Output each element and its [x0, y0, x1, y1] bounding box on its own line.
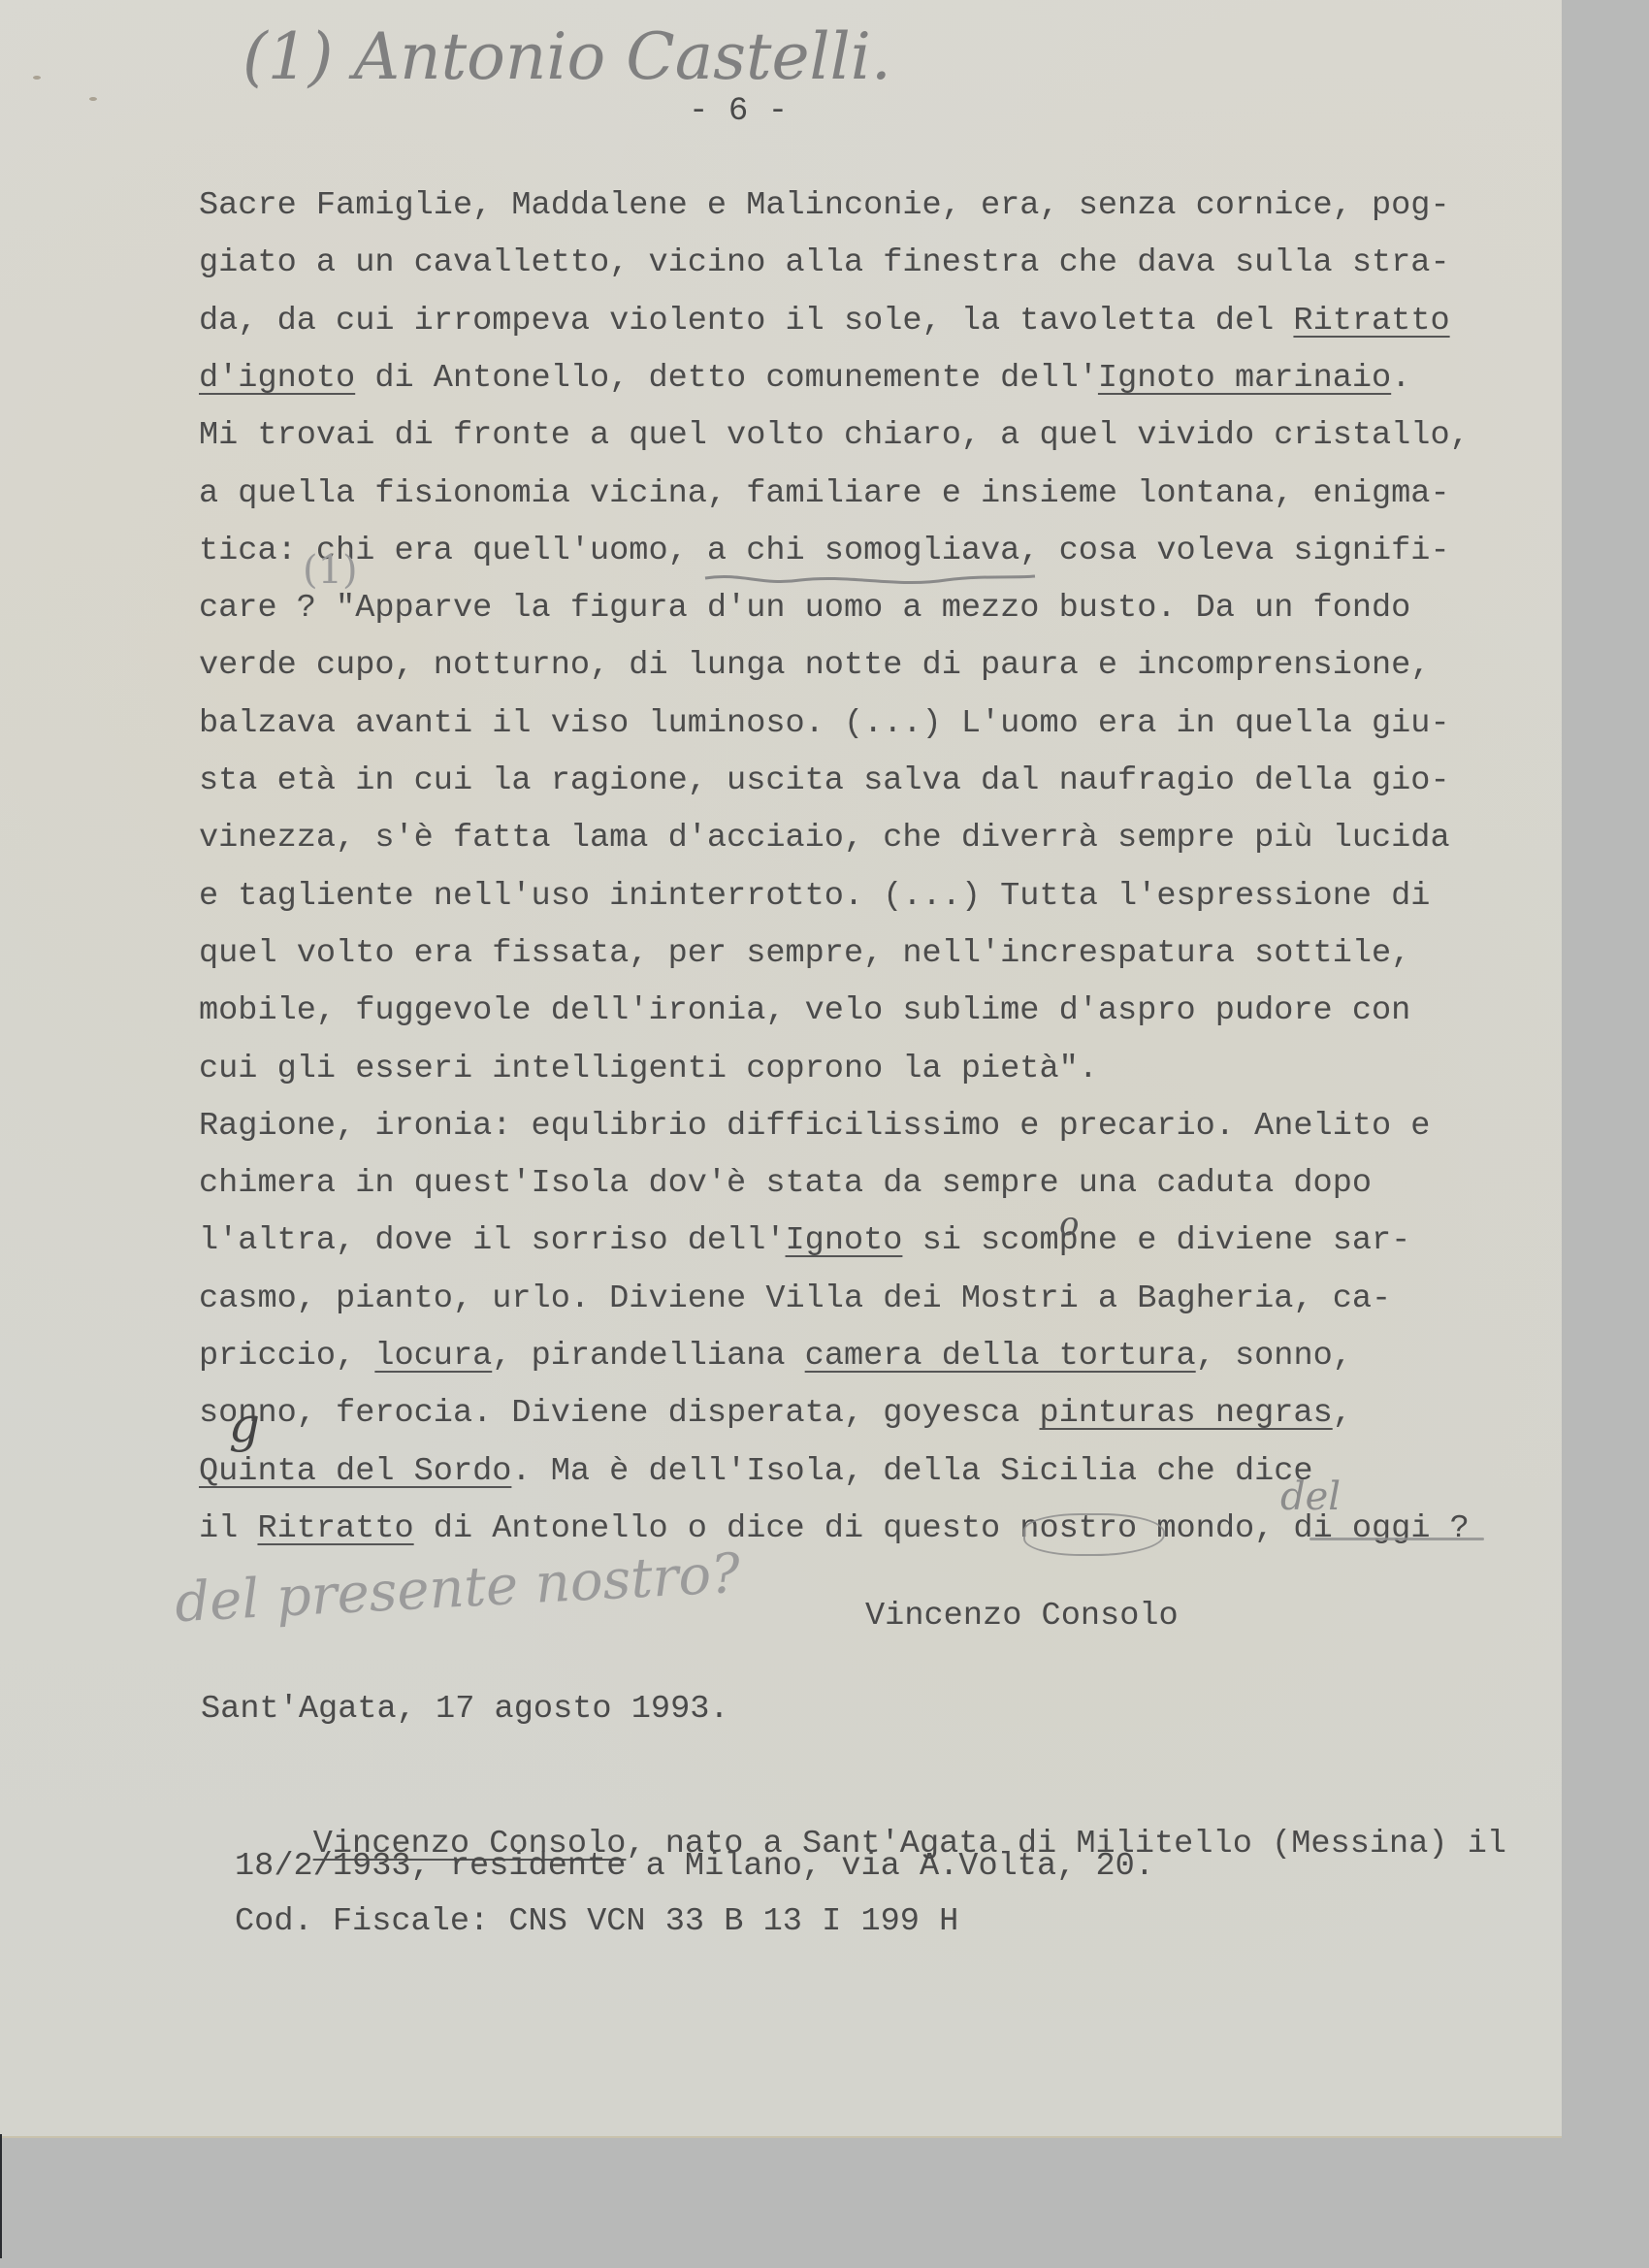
text-segment: .	[1391, 360, 1410, 397]
paper-blemish	[89, 97, 97, 101]
underlined-text: Ritratto	[1293, 303, 1449, 340]
text-segment: tica: chi era quell'uomo, a chi somoglia…	[199, 533, 1450, 569]
pencil-circle-nostro	[1023, 1513, 1165, 1556]
body-line: chimera in quest'Isola dov'è stata da se…	[199, 1168, 1372, 1201]
body-line: Mi trovai di fronte a quel volto chiaro,…	[199, 420, 1470, 453]
correction-g: g	[229, 1397, 260, 1453]
underlined-text: Quinta del Sordo	[199, 1453, 511, 1490]
body-line: Sacre Famiglie, Maddalene e Malinconie, …	[199, 190, 1450, 223]
body-line: priccio, locura, pirandelliana camera de…	[199, 1341, 1352, 1374]
handwritten-header: (1) Antonio Castelli.	[242, 19, 891, 94]
place-date: Sant'Agata, 17 agosto 1993.	[201, 1694, 729, 1727]
text-segment: Mi trovai di fronte a quel volto chiaro,…	[199, 417, 1470, 454]
underlined-text: locura	[374, 1338, 492, 1375]
text-segment: il	[199, 1510, 257, 1547]
paper-blemish	[33, 76, 41, 80]
body-line: mobile, fuggevole dell'ironia, velo subl…	[199, 995, 1410, 1028]
text-segment: , pirandelliana	[492, 1338, 804, 1375]
body-line: da, da cui irrompeva violento il sole, l…	[199, 306, 1450, 339]
text-segment: si scompne e diviene sar-	[902, 1222, 1410, 1259]
body-line: quel volto era fissata, per sempre, nell…	[199, 938, 1410, 971]
body-line: cui gli esseri intelligenti coprono la p…	[199, 1053, 1098, 1086]
text-segment: verde cupo, notturno, di lunga notte di …	[199, 647, 1430, 684]
text-segment: Sacre Famiglie, Maddalene e Malinconie, …	[199, 187, 1450, 224]
text-segment: di Antonello, detto comunemente dell'	[355, 360, 1098, 397]
body-line: giato a un cavalletto, vicino alla fines…	[199, 247, 1450, 280]
text-segment: balzava avanti il viso luminoso. (...) L…	[199, 705, 1450, 742]
body-line: sonno, ferocia. Diviene disperata, goyes…	[199, 1398, 1352, 1431]
pencil-wavy-underline	[703, 570, 1038, 590]
text-segment: quel volto era fissata, per sempre, nell…	[199, 935, 1410, 972]
text-segment: . Ma è dell'Isola, della Sicilia che dic…	[511, 1453, 1312, 1490]
text-segment: casmo, pianto, urlo. Diviene Villa dei M…	[199, 1280, 1391, 1317]
insert-del: del	[1280, 1474, 1341, 1519]
body-line: balzava avanti il viso luminoso. (...) L…	[199, 708, 1450, 741]
footnote-marker: (1)	[303, 548, 358, 593]
body-line: care ? "Apparve la figura d'un uomo a me…	[199, 593, 1410, 626]
text-segment: sonno, ferocia. Diviene disperata, goyes…	[199, 1395, 1039, 1432]
text-segment: priccio,	[199, 1338, 374, 1375]
body-line: e tagliente nell'uso ininterrotto. (...)…	[199, 881, 1430, 914]
body-line: vinezza, s'è fatta lama d'acciaio, che d…	[199, 823, 1450, 856]
scanner-edge	[0, 2134, 2, 2258]
underlined-text: Ritratto	[257, 1510, 413, 1547]
text-segment: care ? "Apparve la figura d'un uomo a me…	[199, 590, 1410, 627]
body-line: a quella fisionomia vicina, familiare e …	[199, 478, 1450, 511]
pencil-strike-di-oggi	[1309, 1538, 1484, 1540]
document-page: (1) Antonio Castelli. - 6 - Sacre Famigl…	[0, 0, 1562, 2138]
body-line: casmo, pianto, urlo. Diviene Villa dei M…	[199, 1283, 1391, 1316]
body-line: sta età in cui la ragione, uscita salva …	[199, 765, 1450, 798]
page-number: - 6 -	[689, 95, 788, 128]
body-line: verde cupo, notturno, di lunga notte di …	[199, 650, 1430, 683]
footer-line-3: Cod. Fiscale: CNS VCN 33 B 13 I 199 H	[235, 1906, 958, 1939]
body-line: d'ignoto di Antonello, detto comunemente…	[199, 363, 1410, 396]
text-segment: Ragione, ironia: equlibrio difficilissim…	[199, 1108, 1430, 1145]
text-segment: , sonno,	[1196, 1338, 1352, 1375]
text-segment: l'altra, dove il sorriso dell'	[199, 1222, 786, 1259]
correction-o: o	[1059, 1205, 1079, 1244]
body-line: il Ritratto di Antonello o dice di quest…	[199, 1513, 1470, 1546]
text-segment: sta età in cui la ragione, uscita salva …	[199, 762, 1450, 799]
text-segment: mobile, fuggevole dell'ironia, velo subl…	[199, 992, 1410, 1029]
body-line: tica: chi era quell'uomo, a chi somoglia…	[199, 535, 1450, 568]
text-segment: giato a un cavalletto, vicino alla fines…	[199, 244, 1450, 281]
underlined-text: pinturas negras	[1039, 1395, 1332, 1432]
text-segment: e tagliente nell'uso ininterrotto. (...)…	[199, 878, 1430, 915]
body-line: Quinta del Sordo. Ma è dell'Isola, della…	[199, 1456, 1313, 1489]
body-line: Ragione, ironia: equlibrio difficilissim…	[199, 1111, 1430, 1144]
underlined-text: Ignoto	[786, 1222, 903, 1259]
underlined-text: Ignoto marinaio	[1098, 360, 1391, 397]
text-segment: cui gli esseri intelligenti coprono la p…	[199, 1051, 1098, 1087]
text-segment: a quella fisionomia vicina, familiare e …	[199, 475, 1450, 512]
text-segment: da, da cui irrompeva violento il sole, l…	[199, 303, 1293, 340]
text-segment: vinezza, s'è fatta lama d'acciaio, che d…	[199, 820, 1450, 857]
underlined-text: d'ignoto	[199, 360, 355, 397]
signature: Vincenzo Consolo	[865, 1601, 1179, 1634]
margin-note: del presente nostro?	[174, 1542, 742, 1635]
text-segment: chimera in quest'Isola dov'è stata da se…	[199, 1165, 1372, 1202]
footer-line-2: 18/2/1933, residente a Milano, via A.Vol…	[235, 1851, 1154, 1884]
body-line: l'altra, dove il sorriso dell'Ignoto si …	[199, 1225, 1410, 1258]
text-segment: ,	[1333, 1395, 1352, 1432]
underlined-text: camera della tortura	[805, 1338, 1196, 1375]
